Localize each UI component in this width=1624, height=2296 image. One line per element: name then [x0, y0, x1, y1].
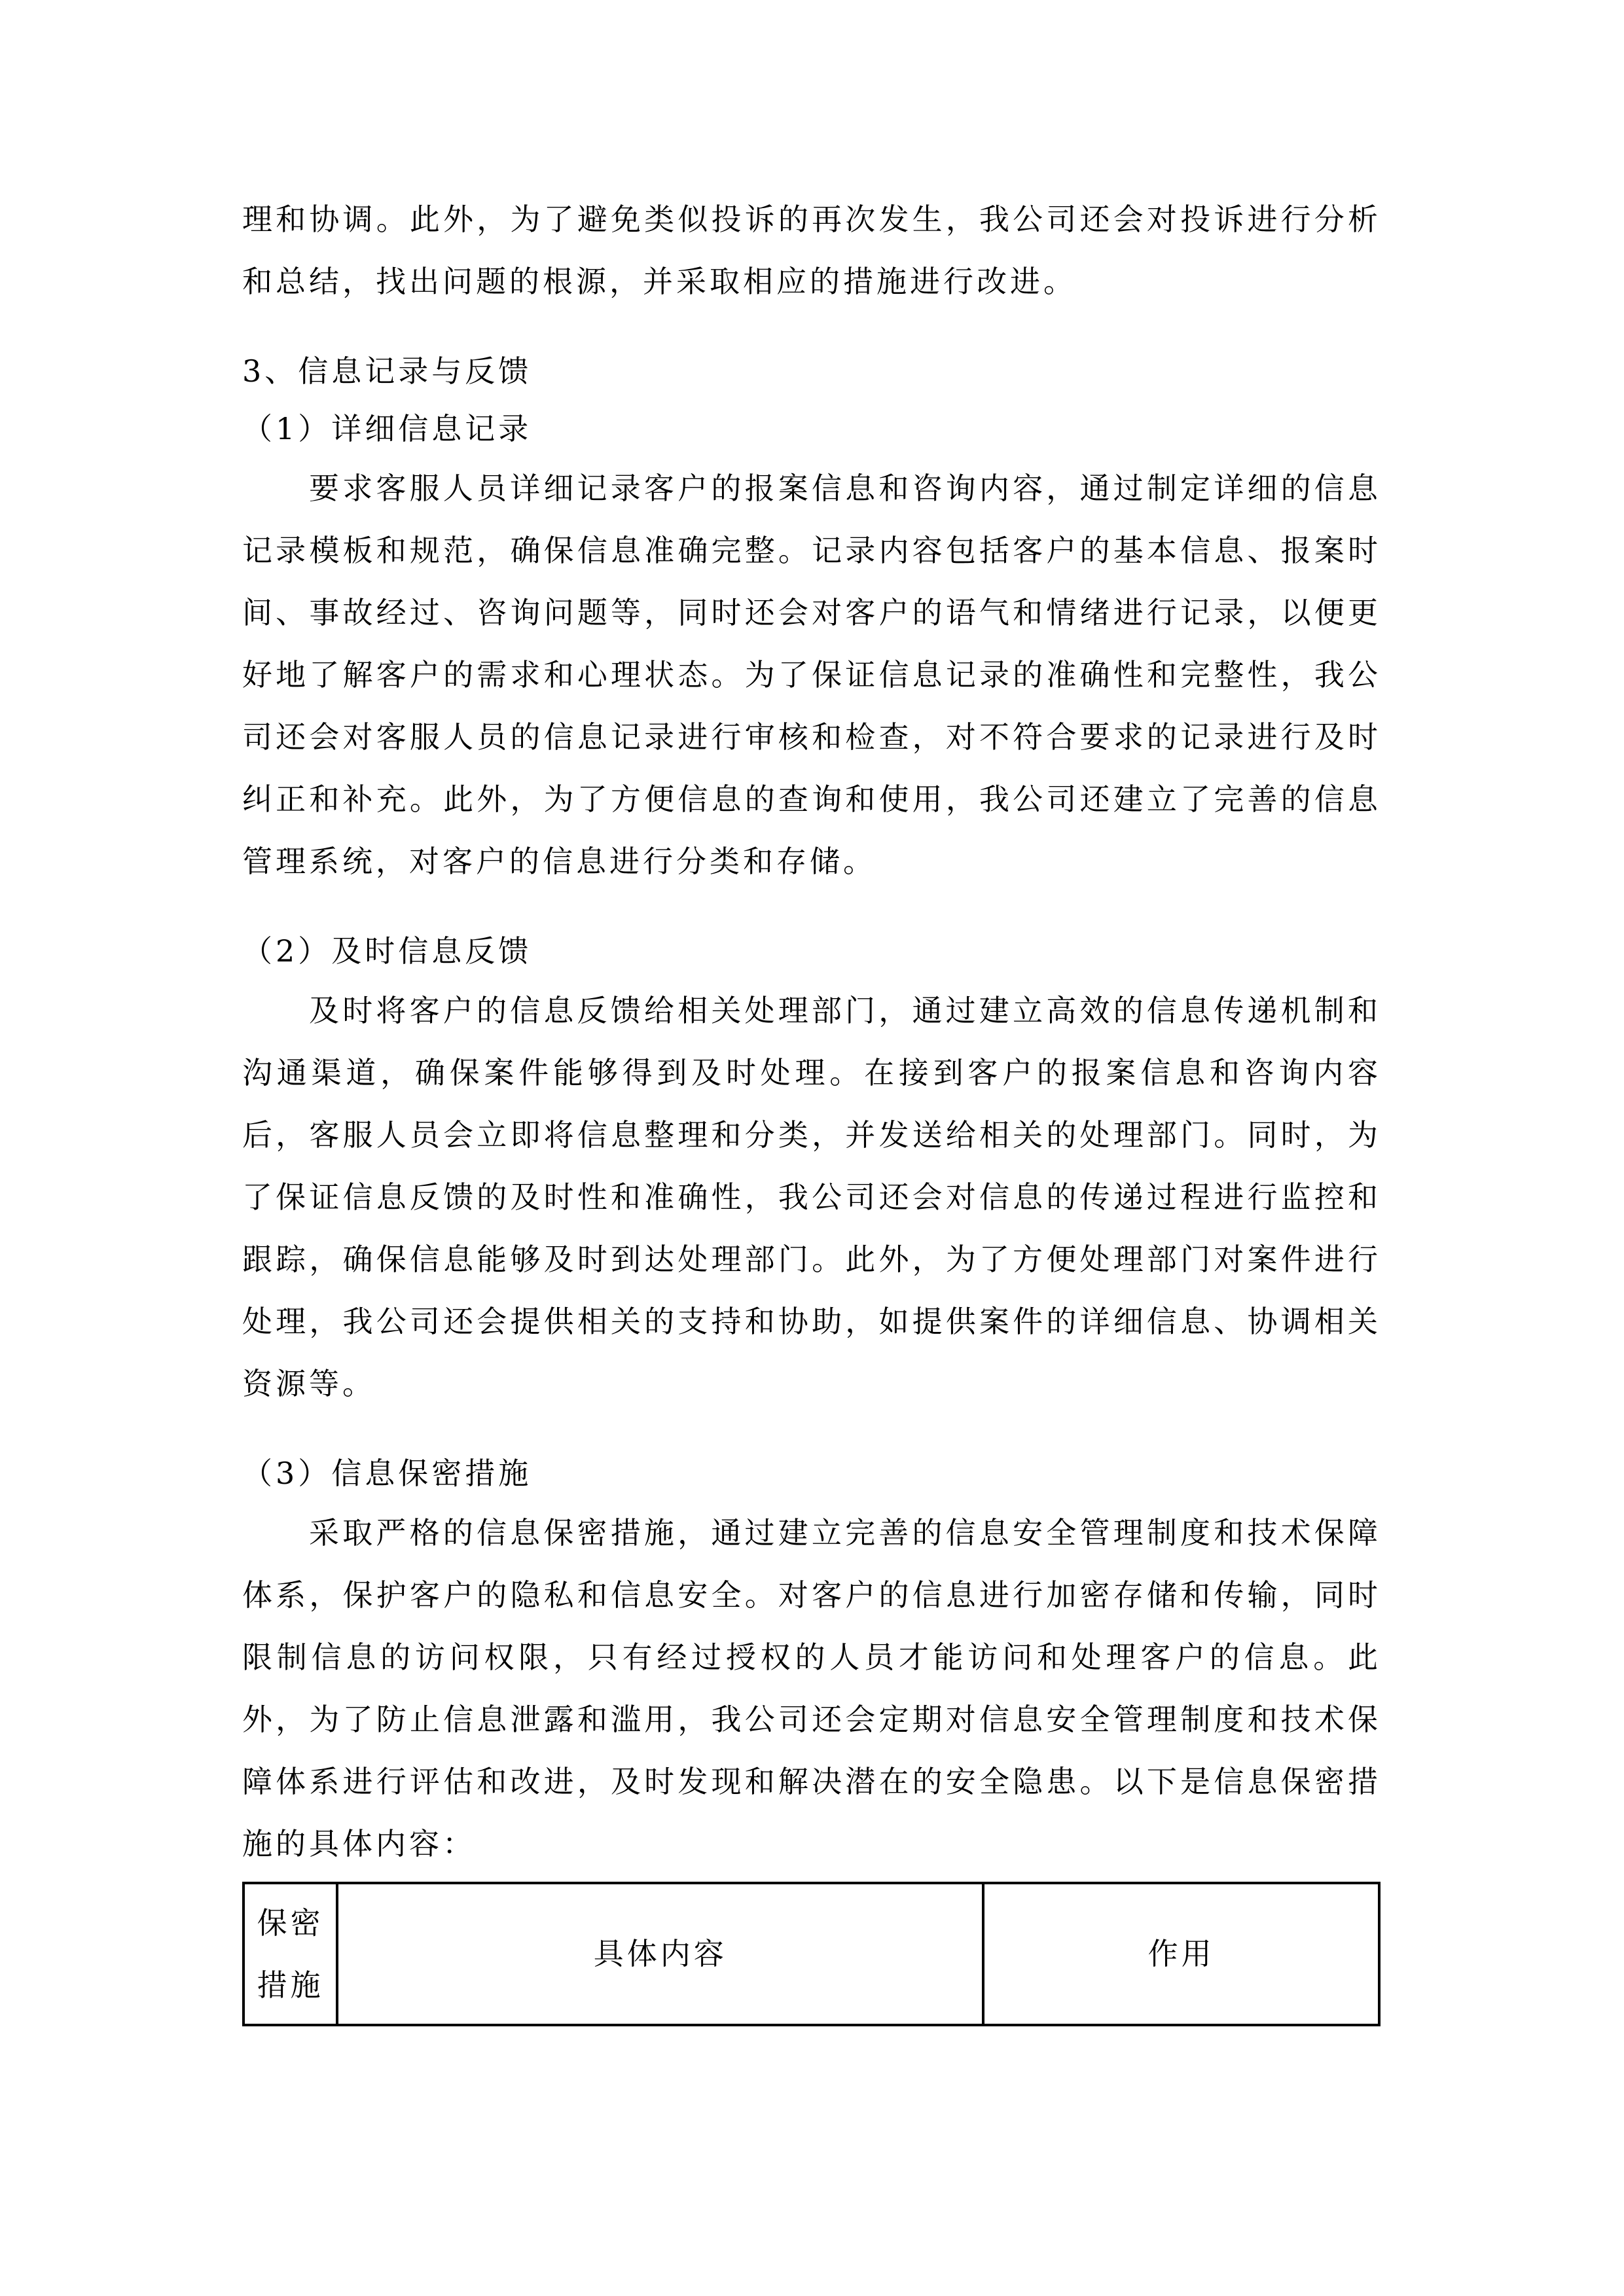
paragraph-info-confidentiality: 采取严格的信息保密措施，通过建立完善的信息安全管理制度和技术保障体系，保护客户的… [242, 1502, 1381, 1875]
section-heading-info-record-feedback: 3、信息记录与反馈 [242, 342, 1381, 400]
subheading-timely-info-feedback: （2）及时信息反馈 [242, 922, 1381, 980]
subheading-info-confidentiality: （3）信息保密措施 [242, 1444, 1381, 1502]
table-header-role: 作用 [983, 1883, 1379, 2025]
table-header-row: 保密措施 具体内容 作用 [244, 1883, 1379, 2025]
document-page: { "document": { "para_continuation": "理和… [0, 0, 1624, 2296]
table-header-specific-content: 具体内容 [337, 1883, 983, 2025]
paragraph-timely-info-feedback: 及时将客户的信息反馈给相关处理部门，通过建立高效的信息传递机制和沟通渠道，确保案… [242, 980, 1381, 1415]
paragraph-complaint-continuation: 理和协调。此外，为了避免类似投诉的再次发生，我公司还会对投诉进行分析和总结，找出… [242, 188, 1381, 313]
paragraph-detailed-info-record: 要求客服人员详细记录客户的报案信息和咨询内容，通过制定详细的信息记录模板和规范，… [242, 457, 1381, 893]
text-block: 理和协调。此外，为了避免类似投诉的再次发生，我公司还会对投诉进行分析和总结，找出… [242, 188, 1381, 2026]
confidentiality-measures-table: 保密措施 具体内容 作用 [242, 1882, 1380, 2026]
table-header-secrecy-measure: 保密措施 [244, 1883, 337, 2025]
subheading-detailed-info-record: （1）详细信息记录 [242, 400, 1381, 457]
